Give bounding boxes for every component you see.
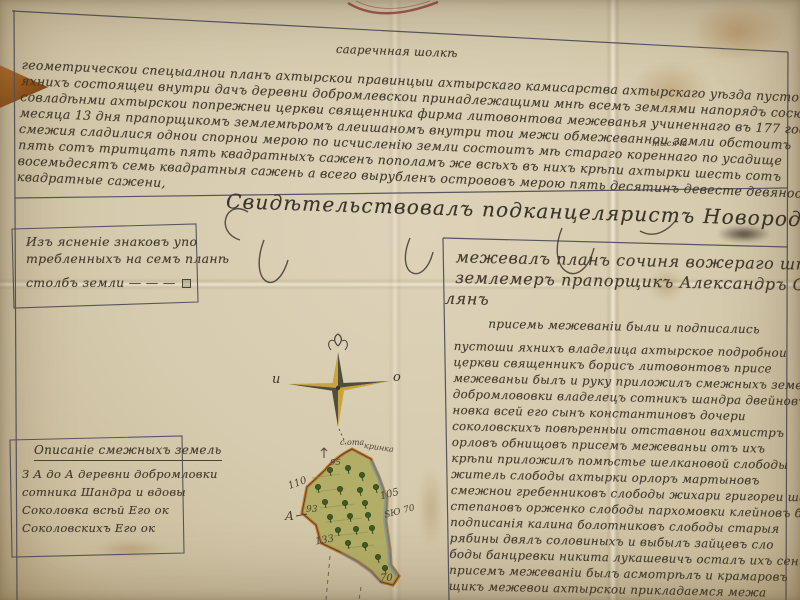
compass-rose — [288, 334, 390, 427]
legend-entry-text: столбъ земли — — — — [26, 275, 176, 290]
boundary-post-symbol — [182, 279, 191, 288]
land-plot-polygon — [296, 448, 399, 585]
legend-line: Изъ ясненie знаковъ упо — [26, 233, 229, 250]
compass-finial-curls — [329, 340, 348, 350]
compass-finial — [335, 334, 342, 346]
adjacent-line: Соколовка всѣй Его ок — [22, 501, 222, 519]
compass-west-label: и — [272, 372, 280, 387]
adjacent-line: сотника Шандра и вдовы — [22, 483, 222, 501]
plot-top-note: с ота — [340, 438, 364, 447]
interlinear-superscript: тысяча — [652, 139, 687, 148]
survey-arrow-tick — [321, 448, 327, 458]
manuscript-survey-plan: сааречнная шолкѣ геометрическои спецыалн… — [0, 0, 800, 600]
legend-box: Изъ ясненie знаковъ упо требленныхъ на с… — [26, 233, 229, 291]
adjacent-box-title: Описанiе смежныхъ земель — [34, 441, 222, 461]
plot-measure-label: 95 — [330, 458, 341, 468]
compass-east-label: о — [393, 370, 401, 385]
legend-line: требленныхъ на семъ планѣ — [26, 250, 229, 267]
surveyor-body: пустоши яхнихъ владелица ахтырское подро… — [449, 338, 784, 600]
adjacent-line: Соколовскихъ Его ок — [22, 519, 222, 537]
plot-measure-label: 93 — [306, 505, 317, 515]
surveyor-box: межевалъ планъ сочиня вожераго штаба зем… — [449, 243, 786, 600]
legend-entry: столбъ земли — — — — [26, 274, 229, 291]
adjacent-lands-box: Описанiе смежныхъ земель З А до А деревн… — [22, 441, 222, 537]
adjacent-line: З А до А деревни добромловки — [22, 465, 222, 483]
surveyor-subtitle: присемь межеванiи были и подписались — [488, 317, 784, 337]
plot-corner-label: А — [285, 509, 294, 523]
plot-measure-label: 70 — [380, 573, 393, 584]
